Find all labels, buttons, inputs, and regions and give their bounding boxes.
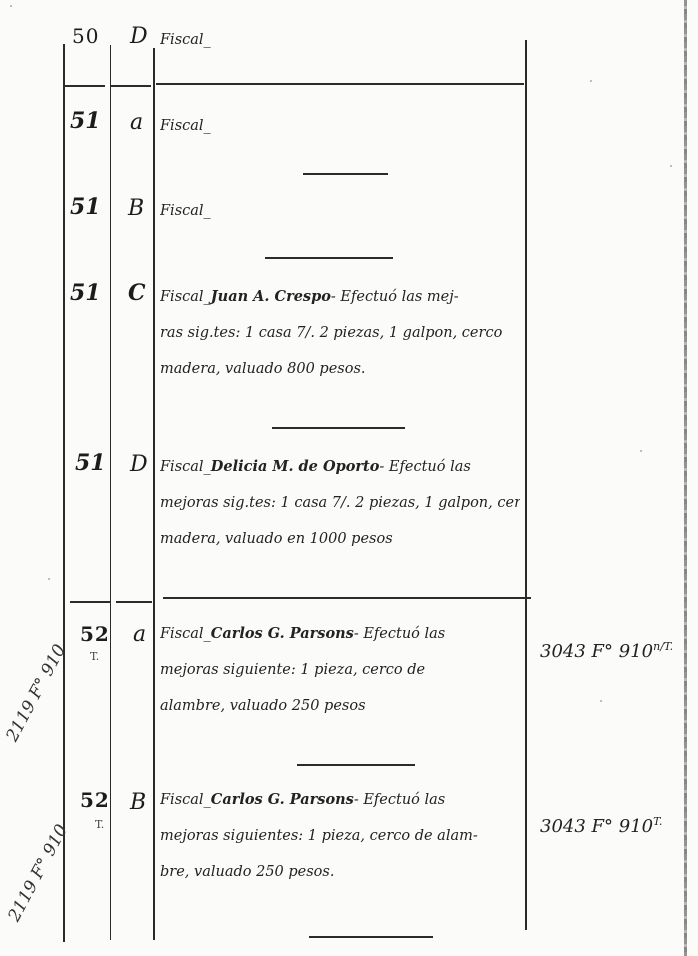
entry-separator bbox=[303, 173, 388, 175]
entry-number: 51 bbox=[75, 450, 106, 476]
entry-letter: a bbox=[130, 110, 143, 135]
entry-line: Fiscal_ bbox=[160, 193, 520, 229]
entry-prefix: Fiscal_ bbox=[160, 626, 211, 642]
entry-number: 51 bbox=[70, 194, 101, 220]
row-rule-mid-letter bbox=[116, 601, 152, 603]
entry-letter: B bbox=[128, 196, 144, 221]
column-rule-right bbox=[525, 40, 527, 930]
column-rule-number bbox=[110, 45, 111, 940]
entry-letter: B bbox=[130, 790, 146, 815]
entry-separator bbox=[297, 764, 415, 766]
paper-speck bbox=[590, 80, 592, 82]
entry-prefix: Fiscal_ bbox=[160, 289, 211, 305]
entry-prefix: Fiscal_ bbox=[160, 459, 211, 475]
entry-line: Fiscal_ bbox=[160, 108, 520, 144]
entry-prefix: Fiscal_ bbox=[160, 792, 211, 808]
entry-separator bbox=[265, 257, 393, 259]
entry-line: mejoras siguientes: 1 pieza, cerco de al… bbox=[160, 818, 520, 854]
column-rule-left bbox=[63, 44, 65, 942]
entry-text: - Efectuó las bbox=[379, 459, 470, 475]
entry-number: 50 bbox=[72, 24, 99, 48]
entry-letter: D bbox=[130, 24, 148, 49]
margin-folio-annotation: 2119 F° 910 bbox=[2, 641, 70, 745]
entry-text: - Efectuó las bbox=[354, 626, 445, 642]
page-edge bbox=[684, 0, 687, 956]
entry-number-tag: T. bbox=[95, 818, 104, 831]
entry-person-name: Carlos G. Parsons bbox=[211, 625, 354, 642]
paper-speck bbox=[10, 5, 12, 7]
entry-letter: C bbox=[128, 280, 146, 306]
entry-letter: D bbox=[130, 452, 148, 477]
folio-reference: 3043 F° 910n/T. bbox=[540, 640, 673, 662]
paper-speck bbox=[670, 165, 672, 167]
entry-number: 52 bbox=[80, 622, 110, 646]
entry-number-tag: T. bbox=[90, 650, 99, 663]
entry-line: ras sig.tes: 1 casa 7/. 2 piezas, 1 galp… bbox=[160, 315, 520, 351]
entry-line: madera, valuado 800 pesos. bbox=[160, 351, 520, 387]
entry-number: 52 bbox=[80, 788, 110, 812]
paper-speck bbox=[640, 450, 642, 452]
row-rule-top-letter bbox=[111, 85, 151, 87]
entry-line: Fiscal_ bbox=[160, 22, 520, 58]
entry-line: mejoras siguiente: 1 pieza, cerco de bbox=[160, 652, 520, 688]
ledger-page: 50 D Fiscal_ 51 a Fiscal_ 51 B Fiscal_ 5… bbox=[0, 0, 698, 956]
entry-number: 51 bbox=[70, 108, 101, 134]
folio-reference: 3043 F° 910T. bbox=[540, 815, 662, 837]
entry-text: - Efectuó las mej- bbox=[331, 289, 459, 305]
entry-person-name: Delicia M. de Oporto bbox=[211, 458, 380, 475]
entry-letter: a bbox=[133, 622, 146, 647]
column-rule-letter bbox=[153, 48, 155, 940]
entry-text: - Efectuó las bbox=[354, 792, 445, 808]
entry-person-name: Carlos G. Parsons bbox=[211, 791, 354, 808]
row-rule-top-num bbox=[64, 85, 105, 87]
margin-folio-annotation: 2119 F° 910 bbox=[4, 821, 72, 925]
entry-line: bre, valuado 250 pesos. bbox=[160, 854, 520, 890]
entry-line: madera, valuado en 1000 pesos bbox=[160, 521, 520, 557]
row-rule-mid-text bbox=[163, 597, 531, 599]
entry-separator bbox=[309, 936, 433, 938]
entry-line: alambre, valuado 250 pesos bbox=[160, 688, 520, 724]
paper-speck bbox=[600, 700, 602, 702]
entry-line: mejoras sig.tes: 1 casa 7/. 2 piezas, 1 … bbox=[160, 485, 520, 521]
row-rule-top-text bbox=[156, 83, 524, 85]
entry-separator bbox=[272, 427, 405, 429]
paper-speck bbox=[48, 578, 50, 580]
entry-person-name: Juan A. Crespo bbox=[211, 288, 331, 305]
row-rule-mid-num bbox=[70, 601, 110, 603]
entry-number: 51 bbox=[70, 280, 101, 306]
